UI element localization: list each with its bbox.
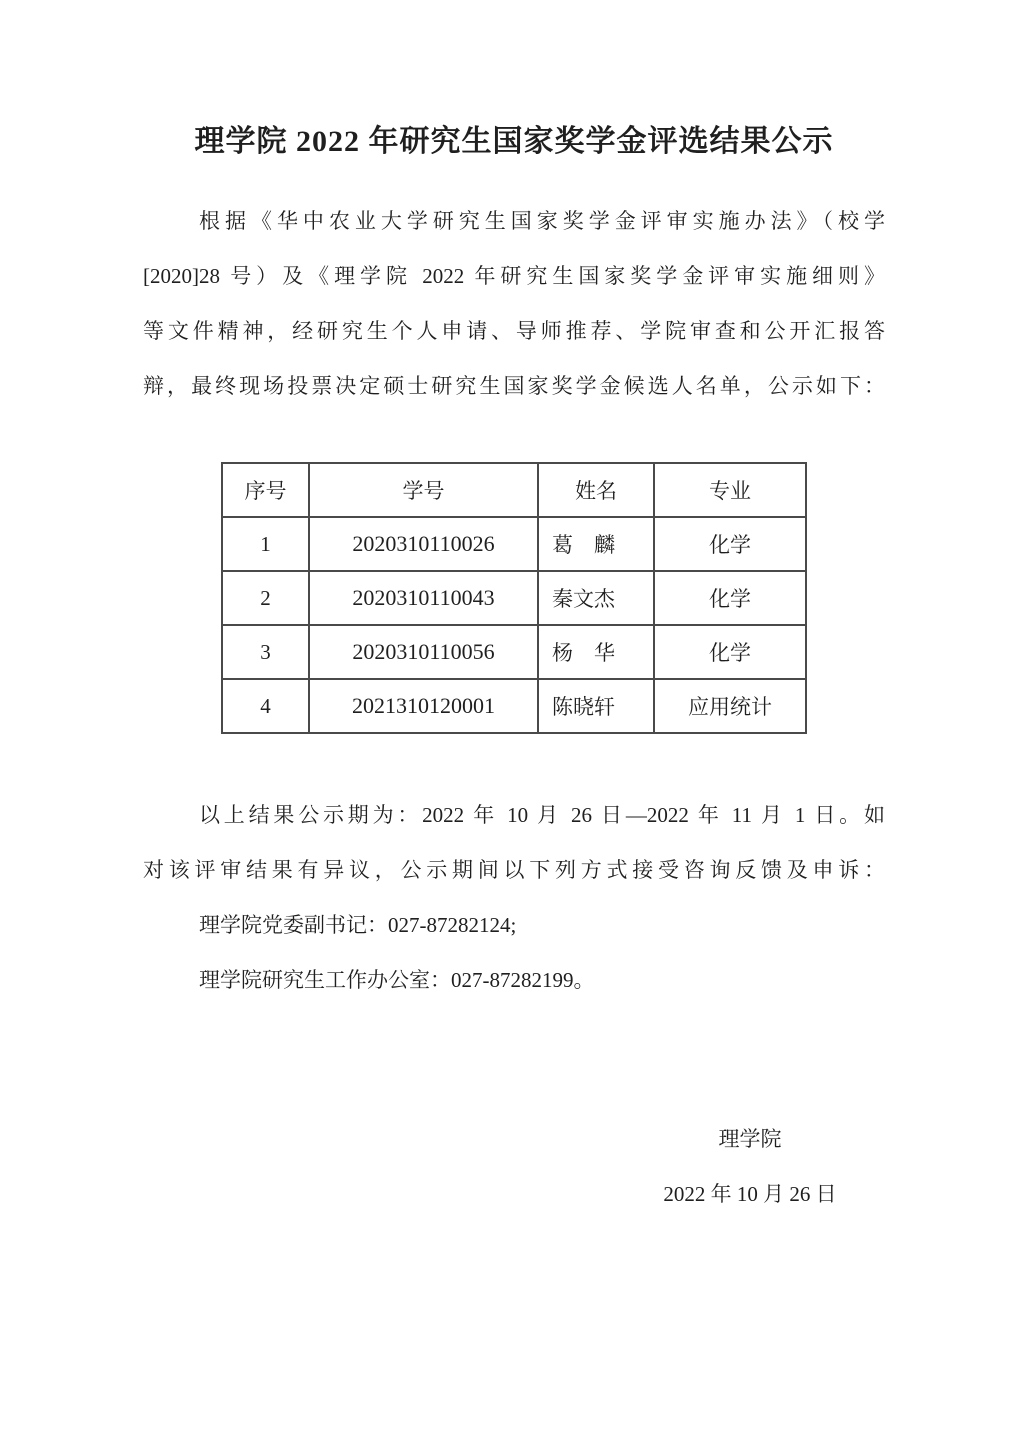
cell-index: 4 (222, 679, 309, 733)
closing-line-1: 以上结果公示期为：2022 年 10 月 26 日—2022 年 11 月 1 … (143, 788, 885, 843)
closing-paragraph: 以上结果公示期为：2022 年 10 月 26 日—2022 年 11 月 1 … (143, 788, 885, 1008)
signature-org: 理学院 (615, 1112, 885, 1167)
table-row: 3 2020310110056 杨 华 化学 (222, 625, 806, 679)
intro-line-2: [2020]28 号）及《理学院 2022 年研究生国家奖学金评审实施细则》 (143, 249, 885, 304)
header-name: 姓名 (538, 463, 654, 517)
table-row: 1 2020310110026 葛 麟 化学 (222, 517, 806, 571)
table-row: 2 2020310110043 秦文杰 化学 (222, 571, 806, 625)
intro-line-4: 辩，最终现场投票决定硕士研究生国家奖学金候选人名单，公示如下： (143, 359, 885, 414)
header-major: 专业 (654, 463, 806, 517)
cell-student-id: 2020310110056 (309, 625, 538, 679)
cell-index: 1 (222, 517, 309, 571)
cell-major: 化学 (654, 517, 806, 571)
cell-index: 3 (222, 625, 309, 679)
intro-paragraph: 根据《华中农业大学研究生国家奖学金评审实施办法》（校学 [2020]28 号）及… (143, 194, 885, 414)
document-page: 理学院 2022 年研究生国家奖学金评选结果公示 根据《华中农业大学研究生国家奖… (0, 0, 1024, 1449)
cell-name: 陈晓轩 (538, 679, 654, 733)
closing-line-2: 对该评审结果有异议，公示期间以下列方式接受咨询反馈及申诉： (143, 843, 885, 898)
cell-name: 秦文杰 (538, 571, 654, 625)
cell-major: 化学 (654, 571, 806, 625)
cell-student-id: 2020310110026 (309, 517, 538, 571)
table-header-row: 序号 学号 姓名 专业 (222, 463, 806, 517)
table-row: 4 2021310120001 陈晓轩 应用统计 (222, 679, 806, 733)
cell-student-id: 2020310110043 (309, 571, 538, 625)
intro-line-3: 等文件精神，经研究生个人申请、导师推荐、学院审查和公开汇报答 (143, 304, 885, 359)
signature-block: 理学院 2022 年 10 月 26 日 (615, 1112, 885, 1222)
cell-index: 2 (222, 571, 309, 625)
contact-line-party-secretary: 理学院党委副书记：027-87282124; (143, 898, 885, 953)
contact-line-graduate-office: 理学院研究生工作办公室：027-87282199。 (143, 953, 885, 1008)
candidates-table: 序号 学号 姓名 专业 1 2020310110026 葛 麟 化学 2 202… (221, 462, 807, 734)
document-title: 理学院 2022 年研究生国家奖学金评选结果公示 (143, 116, 885, 168)
cell-major: 化学 (654, 625, 806, 679)
header-index: 序号 (222, 463, 309, 517)
cell-name: 葛 麟 (538, 517, 654, 571)
cell-name: 杨 华 (538, 625, 654, 679)
cell-student-id: 2021310120001 (309, 679, 538, 733)
header-student-id: 学号 (309, 463, 538, 517)
cell-major: 应用统计 (654, 679, 806, 733)
signature-date: 2022 年 10 月 26 日 (615, 1167, 885, 1222)
intro-line-1: 根据《华中农业大学研究生国家奖学金评审实施办法》（校学 (143, 194, 885, 249)
